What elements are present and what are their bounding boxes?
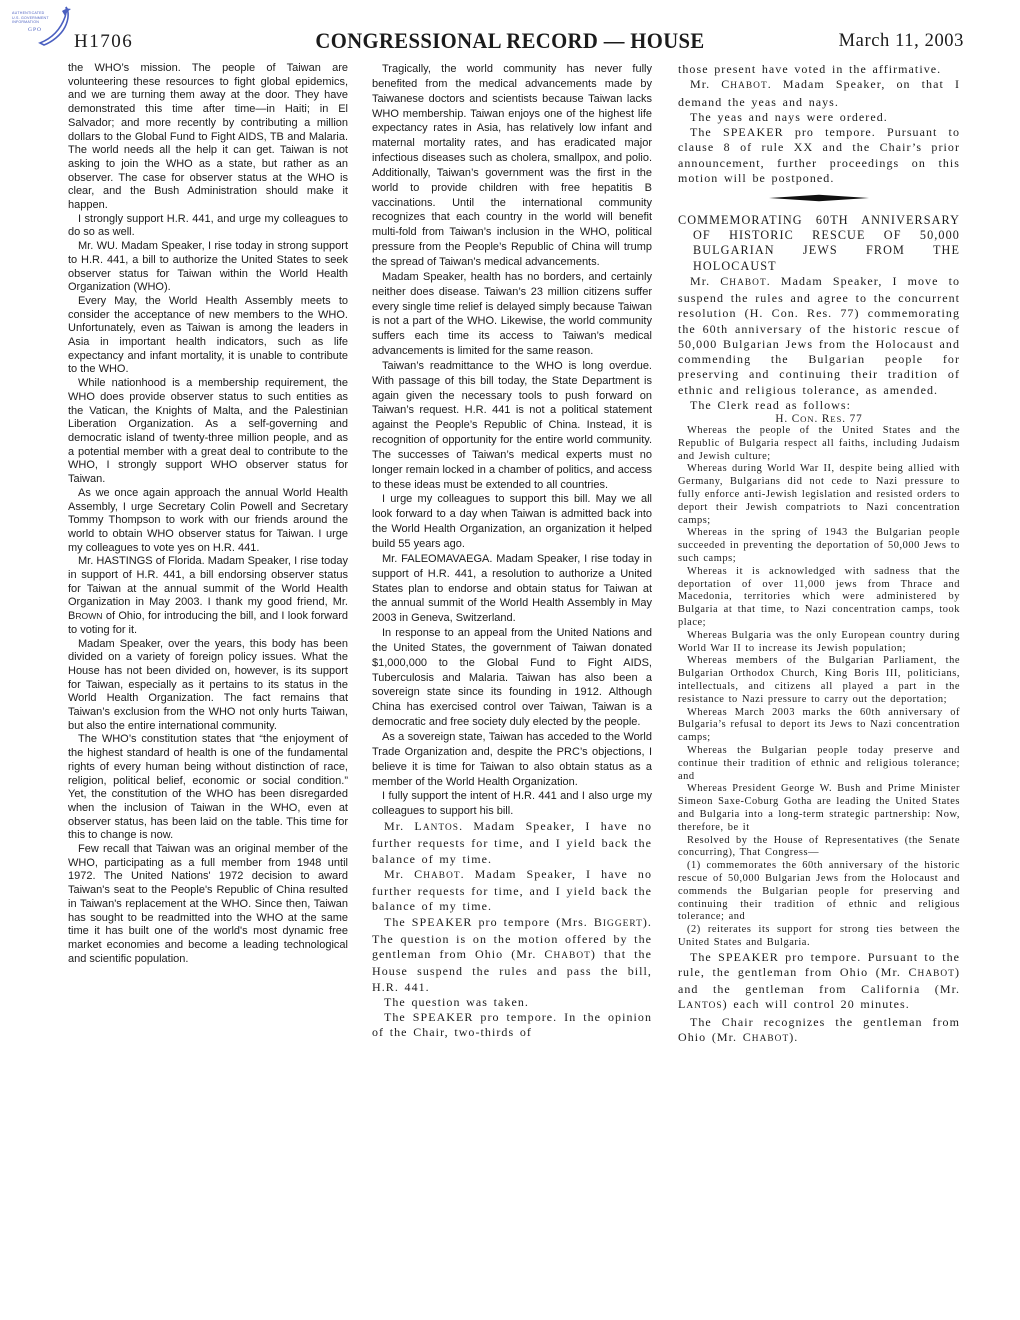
paragraph: The SPEAKER pro tempore. Pursuant to cla… (678, 125, 960, 186)
paragraph: Whereas during World War II, despite bei… (678, 463, 960, 527)
paragraph: Whereas in the spring of 1943 the Bulgar… (678, 527, 960, 565)
paragraph: (2) reiterates its support for strong ti… (678, 924, 960, 950)
paragraph: As a sovereign state, Taiwan has acceded… (372, 730, 652, 789)
paragraph: Madam Speaker, over the years, this body… (68, 638, 348, 734)
paragraph: Whereas Bulgaria was the only European c… (678, 630, 960, 656)
paragraph: Mr. CHABOT. Madam Speaker, I move to sus… (678, 274, 960, 398)
paragraph: I fully support the intent of H.R. 441 a… (372, 789, 652, 819)
paragraph: Mr. FALEOMAVAEGA. Madam Speaker, I rise … (372, 552, 652, 626)
paragraph: the WHO’s mission. The people of Taiwan … (68, 62, 348, 213)
paragraph: Resolved by the House of Representatives… (678, 835, 960, 861)
paragraph: Whereas President George W. Bush and Pri… (678, 783, 960, 834)
paragraph: The SPEAKER pro tempore. Pursuant to the… (678, 950, 960, 1015)
paragraph: those present have voted in the affirmat… (678, 62, 960, 77)
paragraph: While nationhood is a membership require… (68, 377, 348, 487)
paragraph: (1) commemorates the 60th anniversary of… (678, 860, 960, 924)
paragraph: As we once again approach the annual Wor… (68, 487, 348, 556)
paragraph: Mr. LANTOS. Madam Speaker, I have no fur… (372, 819, 652, 867)
paragraph: Few recall that Taiwan was an original m… (68, 843, 348, 966)
paragraph: Madam Speaker, health has no borders, an… (372, 270, 652, 359)
paragraph: Mr. CHABOT. Madam Speaker, on that I dem… (678, 77, 960, 110)
congressional-record-page: AUTHENTICATED U.S. GOVERNMENT INFORMATIO… (0, 0, 1020, 1320)
paragraph: Whereas members of the Bulgarian Parliam… (678, 655, 960, 706)
paragraph: In response to an appeal from the United… (372, 626, 652, 730)
section-divider (678, 194, 960, 202)
paragraph: Whereas the Bulgarian people today prese… (678, 745, 960, 783)
section-heading: COMMEMORATING 60TH ANNIVERSARY OF HISTOR… (678, 213, 960, 274)
paragraph: Whereas it is acknowledged with sadness … (678, 566, 960, 630)
paragraph: I urge my colleagues to support this bil… (372, 492, 652, 551)
paragraph: Mr. CHABOT. Madam Speaker, I have no fur… (372, 867, 652, 915)
column-1: the WHO’s mission. The people of Taiwan … (68, 62, 348, 966)
paragraph: Whereas the people of the United States … (678, 425, 960, 463)
paragraph: The yeas and nays were ordered. (678, 110, 960, 125)
paragraph: Taiwan’s readmittance to the WHO is long… (372, 359, 652, 493)
paragraph: The Chair recognizes the gentleman from … (678, 1015, 960, 1048)
paragraph: Every May, the World Health Assembly mee… (68, 295, 348, 377)
paragraph: The Clerk read as follows: (678, 398, 960, 413)
page-date: March 11, 2003 (839, 31, 964, 52)
column-2: Tragically, the world community has neve… (372, 62, 652, 1041)
column-3: those present have voted in the affirmat… (678, 62, 960, 1047)
paragraph: Whereas March 2003 marks the 60th annive… (678, 707, 960, 745)
paragraph: Mr. HASTINGS of Florida. Madam Speaker, … (68, 555, 348, 637)
diamond-rule-icon (769, 194, 869, 202)
paragraph: The SPEAKER pro tempore. In the opinion … (372, 1010, 652, 1041)
paragraph: H. CON. RES. 77 (678, 413, 960, 425)
paragraph: I strongly support H.R. 441, and urge my… (68, 213, 348, 240)
paragraph: The WHO’s constitution states that “the … (68, 733, 348, 843)
paragraph: Tragically, the world community has neve… (372, 62, 652, 270)
paragraph: Mr. WU. Madam Speaker, I rise today in s… (68, 240, 348, 295)
paragraph: The SPEAKER pro tempore (Mrs. BIGGERT). … (372, 915, 652, 995)
paragraph: The question was taken. (372, 995, 652, 1010)
